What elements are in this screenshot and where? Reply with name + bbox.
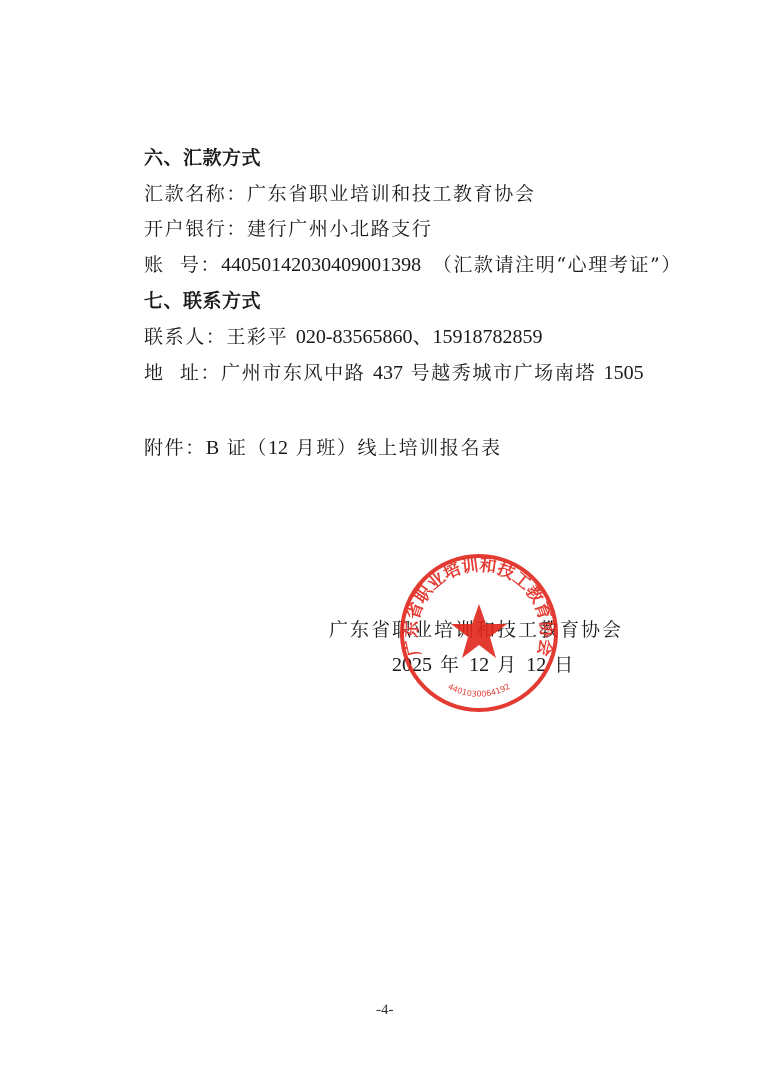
bank-label: 开户银行： [144,218,247,240]
account-label: 账 号： [144,254,221,276]
contact-phone: 020-83565860、15918782859 [296,326,543,348]
attachment-month: 12 [268,437,288,459]
payee-value: 广东省职业培训和技工教育协会 [247,183,535,205]
payee-label: 汇款名称： [144,183,247,205]
account-number: 44050142030409001398 [221,254,421,276]
attachment-line: 附件：B 证（12 月班）线上培训报名表 [144,436,502,460]
address-room: 1505 [604,362,644,384]
attachment-label: 附件： [144,437,206,459]
bank-line: 开户银行：建行广州小北路支行 [144,217,432,241]
account-note: （汇款请注明“心理考证”） [433,254,682,276]
contact-person-name: 王彩平 [226,326,288,348]
contact-person-label: 联系人： [144,326,226,348]
contact-person-line: 联系人：王彩平 020-83565860、15918782859 [144,325,543,349]
address-number: 437 [373,362,403,384]
section-heading-contact: 七、联系方式 [144,289,261,313]
attachment-prefix: B [206,437,219,459]
address-line: 地 址：广州市东风中路 437 号越秀城市广场南塔 1505 [144,361,644,385]
seal-star-icon [451,604,507,658]
address-suffix: 号越秀城市广场南塔 [411,362,596,384]
account-line: 账 号：44050142030409001398 （汇款请注明“心理考证”） [144,253,682,277]
section-heading-remittance: 六、汇款方式 [144,146,261,170]
page-number: -4- [376,1002,394,1019]
payee-line: 汇款名称：广东省职业培训和技工教育协会 [144,182,535,206]
address-prefix: 广州市东风中路 [221,362,365,384]
attachment-text-1: 证（ [227,437,268,459]
attachment-text-2: 月班）线上培训报名表 [296,437,502,459]
seal-code: 4401030064192 [446,682,511,699]
address-label: 地 址： [144,362,221,384]
official-seal-stamp: 广东省职业培训和技工教育协会 4401030064192 [398,552,560,714]
bank-value: 建行广州小北路支行 [247,218,432,240]
